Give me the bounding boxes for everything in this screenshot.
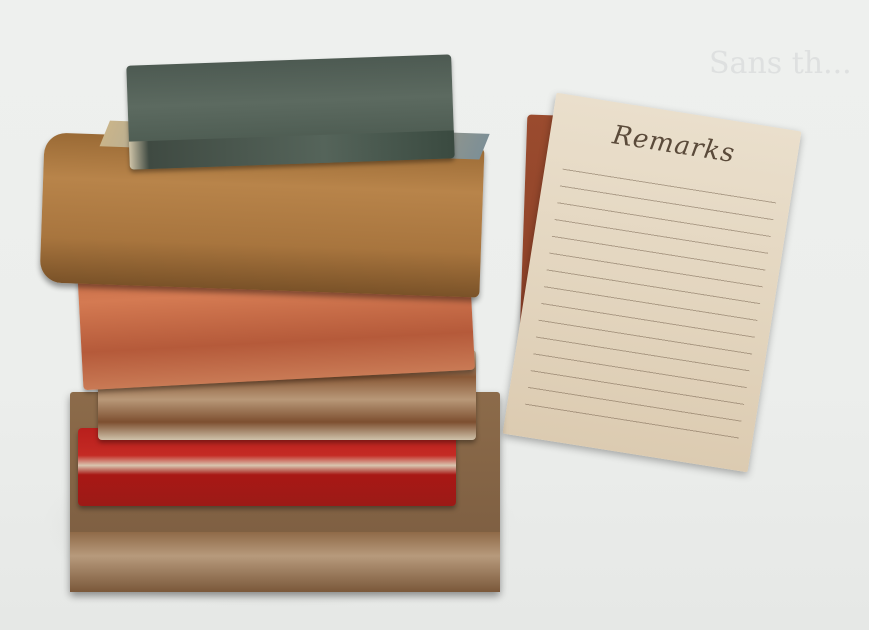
- book-green: [126, 54, 454, 169]
- handwritten-lines: [523, 157, 777, 451]
- photo-scene: Sans th... Remarks: [0, 0, 869, 630]
- background-ghost-text: Sans th...: [709, 40, 859, 88]
- manuscript-page: Remarks: [503, 93, 802, 473]
